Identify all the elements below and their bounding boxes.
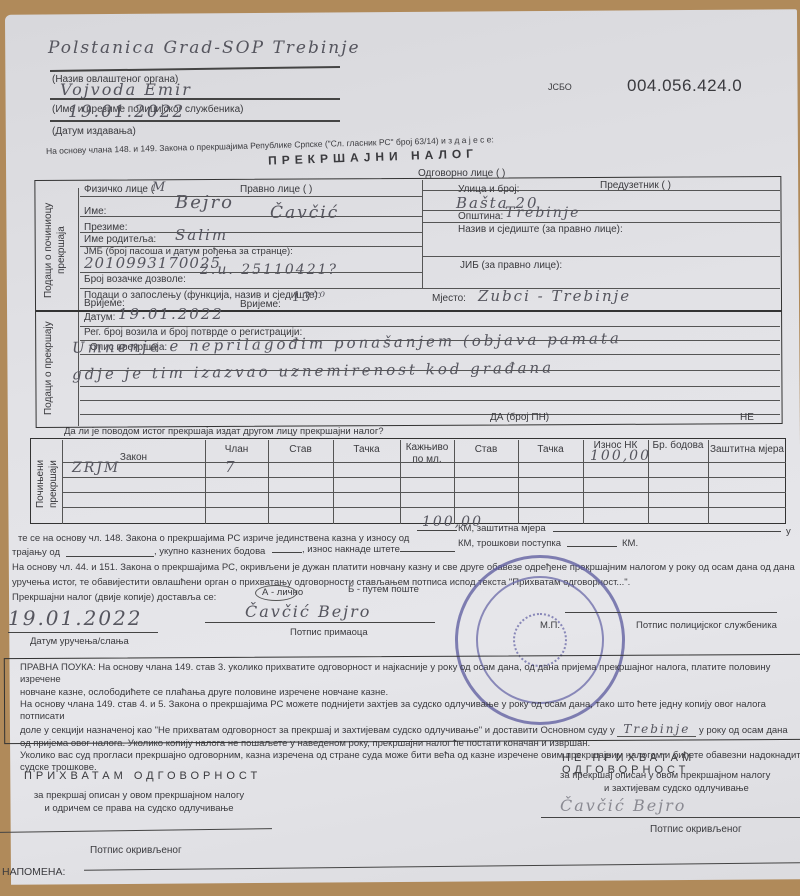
- row-line: [62, 507, 786, 508]
- court-suffix: у року од осам дана: [699, 725, 788, 736]
- recipient-signature: Čavčić Bejro: [245, 602, 371, 621]
- place-value: Zubci - Trebinje: [478, 287, 631, 305]
- col-header-point-2: Тачка: [518, 444, 583, 456]
- time-value: 13⁰⁰: [292, 290, 327, 305]
- signature-line: [565, 612, 777, 613]
- officer-line: [50, 98, 340, 100]
- legal-notice-line: ПРАВНА ПОУКА: На основу члана 149. став …: [20, 662, 800, 687]
- accept-signature-label: Потпис окривљеног: [90, 845, 182, 856]
- col-header-paragraph: Став: [268, 444, 333, 456]
- legal-notice-line: од пријема овог налога. Уколико копију н…: [20, 738, 800, 750]
- row-line: [62, 477, 786, 478]
- delivery-date-value: 19.01.2022: [8, 606, 143, 630]
- violation-fine: 100,00: [590, 448, 651, 464]
- penalty-line-2-points: , укупно казнених бодова: [154, 546, 265, 559]
- row-line: [422, 256, 780, 257]
- delivery-option-personal[interactable]: А - лично: [262, 587, 303, 600]
- signature-line: [8, 632, 158, 633]
- physical-person-label: Физичко лице (: [84, 184, 154, 195]
- name-value: Bejro: [175, 192, 234, 213]
- jcbo-label: JCБО: [548, 82, 572, 92]
- col-header-article: Члан: [205, 444, 268, 456]
- row-line: [62, 492, 786, 493]
- issue-date-label: (Датум издавања): [52, 126, 136, 137]
- legal-name-label: Назив и сједиште (за правно лице):: [458, 224, 623, 235]
- date-value: 19.01.2022: [118, 305, 224, 323]
- officer-value: Vojvoda Emir: [60, 80, 192, 99]
- issue-date-value: 19.01.2022: [68, 102, 185, 122]
- violation-article: 7: [225, 458, 237, 476]
- offense-section-label: Подаци о прекршају: [42, 318, 74, 418]
- row-line: [80, 232, 422, 233]
- row-line: [80, 386, 780, 387]
- license-value: 2.u. 25110421?: [200, 262, 338, 278]
- fill-line: [567, 546, 617, 547]
- time-label-text: Вријеме:: [240, 299, 281, 310]
- row-line: [80, 288, 780, 289]
- reject-signature-label: Потпис окривљеног: [650, 824, 742, 835]
- penalty-line-1-in: у: [786, 526, 791, 539]
- stamp-label: М.П.: [540, 620, 560, 633]
- row-line: [422, 222, 780, 223]
- fill-line: [66, 556, 154, 557]
- date-label: Датум:: [84, 312, 115, 323]
- col-header-paragraph-2: Став: [454, 444, 518, 456]
- delivery-date-label: Датум уручења/слања: [30, 636, 129, 649]
- fill-line: [400, 551, 455, 552]
- authority-value: Polstanica Grad-SOP Trebinje: [48, 38, 361, 58]
- parent-value: Salim: [175, 226, 228, 244]
- offender-section-label: Подаци о починиоцу прекршаја: [42, 190, 74, 310]
- parent-label: Име родитеља:: [84, 234, 156, 245]
- fill-line: [553, 531, 781, 532]
- no-label: НЕ: [740, 412, 754, 423]
- penalty-line-2-damages: , износ накнаде штете: [302, 544, 400, 557]
- col-header-points: Бр. бодова: [648, 440, 708, 452]
- license-label: Број возачке дозволе:: [84, 274, 186, 285]
- yes-label: ДА (број ПН): [490, 412, 549, 423]
- main-data-box: [34, 176, 782, 428]
- delivery-label: Прекршајни налог (двије копије) доставља…: [12, 592, 216, 605]
- penalty-line-3: На основу чл. 44. и 151. Закона о прекрш…: [12, 562, 795, 575]
- recipient-signature-label: Потпис примаоца: [290, 627, 368, 640]
- section-divider: [78, 188, 79, 426]
- penalty-line-2-km: КМ.: [622, 538, 638, 551]
- legal-notice-line: На основу члана 149. став 4. и 5. Закона…: [20, 699, 800, 724]
- col-line: [583, 440, 584, 524]
- penalty-line-2-costs: КМ, трошкови поступка: [458, 538, 561, 551]
- officer-signature-label: Потпис полицијског службеника: [636, 620, 777, 633]
- row-line: [80, 216, 422, 217]
- col-header-punishable: Кажњиво по мл.: [400, 442, 454, 466]
- delivery-option-mail[interactable]: Б - путем поште: [348, 584, 419, 597]
- violation-law: ZRJM: [72, 460, 120, 476]
- jib-label: ЈИБ (за правно лице):: [460, 260, 562, 271]
- note-label: НАПОМЕНА:: [2, 866, 65, 878]
- reject-line-1: за прекршај описан у овом прекршајном на…: [560, 770, 770, 781]
- responsible-person-label: Одговорно лице ( ): [418, 168, 505, 179]
- reject-signature-value: Čavčić Bejro: [560, 796, 686, 815]
- row-line: [80, 196, 422, 197]
- row-line: [80, 414, 780, 415]
- legal-notice-line: доле у секцији назначеној као "Не прихва…: [20, 723, 800, 737]
- penalty-line-1-measure: КМ, заштитна мјера: [458, 523, 546, 536]
- column-divider: [422, 180, 423, 288]
- physical-person-mark: М: [152, 180, 167, 195]
- col-header-protective-measure: Заштитна мјера: [708, 444, 786, 456]
- row-line: [80, 400, 780, 401]
- accept-title: ПРИХВАТАМ ОДГОВОРНОСТ: [24, 770, 261, 782]
- penalty-line-2-duration: трајању од: [12, 547, 60, 560]
- municipality-label: Општина:: [458, 211, 503, 222]
- accept-line-1: за прекршај описан у овом прекршајном на…: [14, 790, 264, 801]
- legal-notice-line-text: доле у секцији назначеној као "Не прихва…: [20, 725, 615, 736]
- jcbo-number: 004.056.424.0: [627, 76, 742, 96]
- fill-line: [272, 552, 302, 553]
- issue-date-line: [50, 120, 340, 122]
- municipality-value: Trebinje: [505, 205, 580, 221]
- accept-line-2: и одричем се права на судско одлучивање: [14, 803, 264, 814]
- place-label: Мјесто:: [432, 293, 466, 304]
- fill-line: [417, 530, 457, 531]
- prior-question: Да ли је поводом истог прекршаја издат д…: [64, 426, 384, 437]
- reject-line-2: и захтијевам судско одлучивање: [604, 783, 749, 794]
- legal-notice-line: новчане казне, ослободићете се плаћања д…: [20, 687, 800, 699]
- reject-signature-line[interactable]: [541, 817, 800, 818]
- legal-person-label: Правно лице ( ): [240, 184, 312, 195]
- surname-value: Čavčić: [270, 203, 339, 223]
- court-value: Trebinje: [617, 722, 696, 737]
- col-header-point: Тачка: [333, 444, 400, 456]
- signature-line: [205, 622, 435, 623]
